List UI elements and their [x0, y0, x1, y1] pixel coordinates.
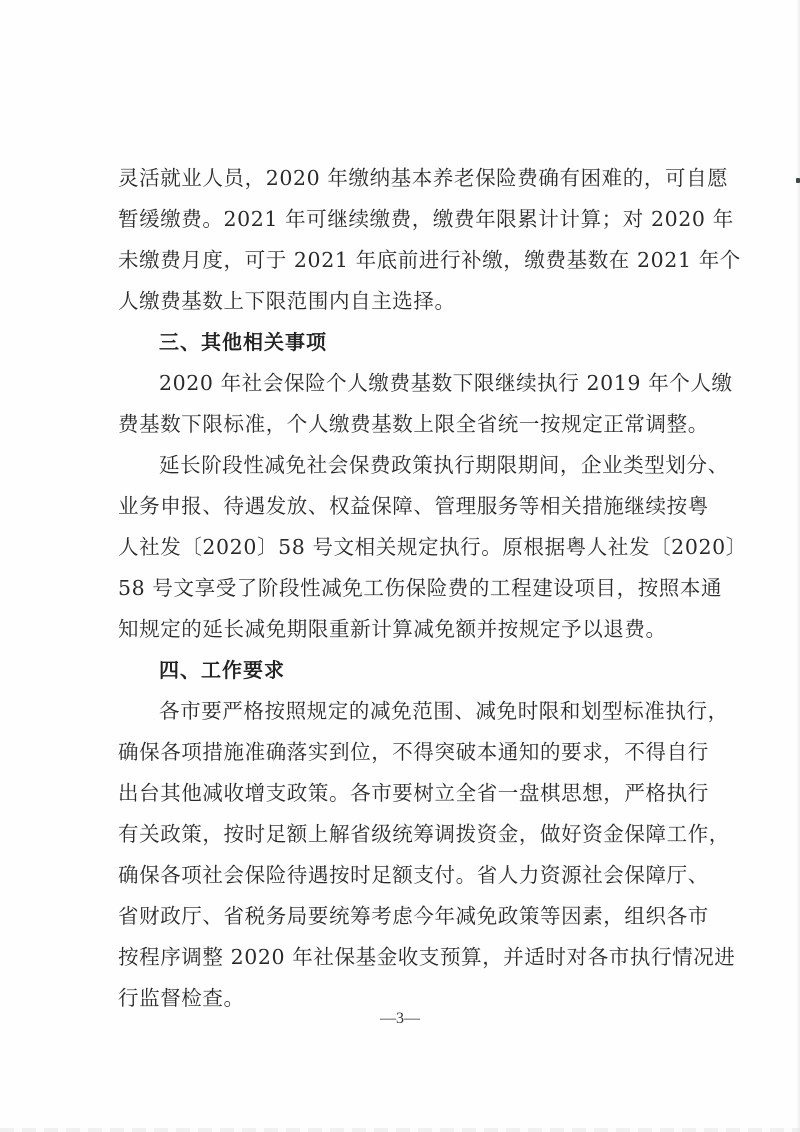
section-heading-4: 四、工作要求 [118, 650, 702, 691]
text-line: 人社发〔2020〕58 号文相关规定执行。原根据粤人社发〔2020〕 [118, 527, 702, 568]
section-4-paragraph-1: 各市要严格按照规定的减免范围、减免时限和划型标准执行， 确保各项措施准确落实到位… [118, 691, 702, 1019]
text-line: 有关政策，按时足额上解省级统筹调拨资金，做好资金保障工作， [118, 814, 702, 855]
scan-edge-bottom [0, 1128, 800, 1132]
text-line: 暂缓缴费。2021 年可继续缴费，缴费年限累计计算；对 2020 年 [118, 199, 702, 240]
text-line: 确保各项措施准确落实到位，不得突破本通知的要求，不得自行 [118, 732, 702, 773]
section-3-paragraph-2: 延长阶段性减免社会保费政策执行期限期间，企业类型划分、 业务申报、待遇发放、权益… [118, 445, 702, 650]
text-line: 人缴费基数上下限范围内自主选择。 [118, 281, 702, 322]
text-line: 业务申报、待遇发放、权益保障、管理服务等相关措施继续按粤 [118, 486, 702, 527]
text-line: 省财政厅、省税务局要统筹考虑今年减免政策等因素，组织各市 [118, 896, 702, 937]
text-line: 延长阶段性减免社会保费政策执行期限期间，企业类型划分、 [118, 445, 702, 486]
text-line: 费基数下限标准，个人缴费基数上限全省统一按规定正常调整。 [118, 404, 702, 445]
page-number: —3— [0, 1010, 800, 1028]
text-line: 未缴费月度，可于 2021 年底前进行补缴，缴费基数在 2021 年个 [118, 240, 702, 281]
section-3-paragraph-1: 2020 年社会保险个人缴费基数下限继续执行 2019 年个人缴 费基数下限标准… [118, 363, 702, 445]
document-page: 灵活就业人员，2020 年缴纳基本养老保险费确有困难的，可自愿 暂缓缴费。202… [0, 0, 800, 1132]
text-line: 确保各项社会保险待遇按时足额支付。省人力资源社会保障厅、 [118, 855, 702, 896]
text-line: 按程序调整 2020 年社保基金收支预算，并适时对各市执行情况进 [118, 937, 702, 978]
text-line: 知规定的延长减免期限重新计算减免额并按规定予以退费。 [118, 609, 702, 650]
text-line: 2020 年社会保险个人缴费基数下限继续执行 2019 年个人缴 [118, 363, 702, 404]
text-line: 各市要严格按照规定的减免范围、减免时限和划型标准执行， [118, 691, 702, 732]
text-line: 灵活就业人员，2020 年缴纳基本养老保险费确有困难的，可自愿 [118, 158, 702, 199]
paragraph-continuation: 灵活就业人员，2020 年缴纳基本养老保险费确有困难的，可自愿 暂缓缴费。202… [118, 158, 702, 322]
section-heading-3: 三、其他相关事项 [118, 322, 702, 363]
text-line: 58 号文享受了阶段性减免工伤保险费的工程建设项目，按照本通 [118, 568, 702, 609]
scan-speck [796, 178, 800, 183]
text-line: 出台其他减收增支政策。各市要树立全省一盘棋思想，严格执行 [118, 773, 702, 814]
document-body: 灵活就业人员，2020 年缴纳基本养老保险费确有困难的，可自愿 暂缓缴费。202… [118, 158, 702, 1019]
